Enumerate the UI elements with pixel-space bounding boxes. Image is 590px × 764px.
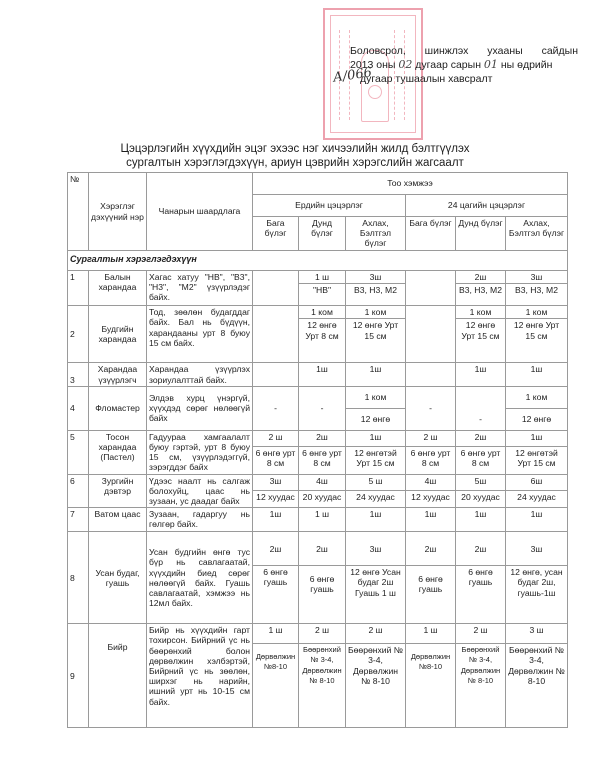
qty-cell: 2 ш: [406, 430, 456, 446]
qty-cell: 4ш: [299, 474, 346, 491]
qty-cell: [406, 271, 456, 306]
qty-cell: 2ш: [406, 532, 456, 566]
section-title: Сургалтын хэрэглэгдэхүүн: [68, 251, 568, 271]
qty-cell: 1ш: [506, 508, 568, 532]
document-title: Цэцэрлэгийн хүүхдийн эцэг эхээс нэг хичэ…: [0, 142, 590, 170]
qty-detail: 6 өнгө урт 8 см: [406, 446, 456, 474]
item-name: Ватом цаас: [89, 508, 147, 532]
qty-cell: 3ш: [506, 532, 568, 566]
qty-cell: 5 ш: [346, 474, 406, 491]
qty-detail: 12 өнгө: [506, 408, 568, 430]
table-row: 2 Будгийн харандаа Тод, зөөлөн будагддаг…: [68, 306, 568, 319]
table-row: 7 Ватом цаас Зузаан, гадаргуу нь гөлгөр …: [68, 508, 568, 532]
row-number: 7: [68, 508, 89, 532]
header-name: Хэрэглэг дэхүүний нэр: [89, 173, 147, 251]
qty-cell: [406, 306, 456, 363]
qty-cell: 4ш: [406, 474, 456, 491]
table-row: 4 Фломастер Элдэв хурц үнэргүй, хүүхдэд …: [68, 386, 568, 408]
qty-cell: 2ш: [253, 532, 299, 566]
qty-detail: 6 өнгө гуашь: [253, 566, 299, 624]
header-quantity: Тоо хэмжээ: [253, 173, 568, 195]
qty-detail: 6 өнгө урт 8 см: [253, 446, 299, 474]
qty-cell: 1ш: [346, 363, 406, 386]
qty-detail: 6 өнгө урт 8 см: [456, 446, 506, 474]
qty-detail: 12 өнгөтэй Урт 15 см: [506, 446, 568, 474]
qty-cell: 1 ш: [299, 271, 346, 284]
item-requirement: Хагас хатуу "НВ", "В3", "Н3", "М2" үзүүр…: [147, 271, 253, 306]
header-regular-small: Бага бүлэг: [253, 217, 299, 251]
qty-detail: Бөөрөнхий № 3-4, Дөрвөлжин № 8-10: [456, 644, 506, 728]
item-name: Тосон харандаа (Пастел): [89, 430, 147, 474]
header-regular-kindergarten: Ердийн цэцэрлэг: [253, 195, 406, 217]
qty-cell: 1 ком: [506, 386, 568, 408]
qty-detail: 12 өнгө Урт 15 см: [346, 319, 406, 363]
item-name: Балын харандаа: [89, 271, 147, 306]
table-row: 3 Харандаа үзүүрлэгч Харандаа үзүүрлэх з…: [68, 363, 568, 386]
qty-cell: 3 ш: [506, 624, 568, 644]
qty-cell: 2ш: [299, 532, 346, 566]
qty-cell: 2ш: [456, 430, 506, 446]
qty-cell: 1 ком: [346, 386, 406, 408]
item-name: Бийр: [89, 624, 147, 728]
row-number: 9: [68, 624, 89, 728]
qty-cell: 1 ш: [253, 624, 299, 644]
item-requirement: Бийр нь хүүхдийн гарт тохирсон. Бийрний …: [147, 624, 253, 728]
row-number: 2: [68, 306, 89, 363]
qty-cell: 1 ш: [299, 508, 346, 532]
supplies-table: № Хэрэглэг дэхүүний нэр Чанарын шаардлаг…: [67, 172, 568, 728]
header-24h-kindergarten: 24 цагийн цэцэрлэг: [406, 195, 568, 217]
decree-day-label: ны өдрийн: [498, 59, 553, 71]
table-row: 9 Бийр Бийр нь хүүхдийн гарт тохирсон. Б…: [68, 624, 568, 644]
item-name: Усан будаг, гуашь: [89, 532, 147, 624]
header-24h-small: Бага бүлэг: [406, 217, 456, 251]
qty-cell: 2ш: [456, 271, 506, 284]
qty-cell: 2 ш: [299, 624, 346, 644]
qty-cell: -: [406, 386, 456, 430]
table-row: 6 Зургийн дэвтэр Үдээс наалт нь салгаж б…: [68, 474, 568, 491]
qty-cell: 1 ш: [406, 624, 456, 644]
row-number: 8: [68, 532, 89, 624]
qty-cell: 1 ком: [456, 306, 506, 319]
handwritten-month: 02: [398, 58, 412, 71]
qty-detail: 12 хуудас: [406, 491, 456, 508]
header-regular-middle: Дунд бүлэг: [299, 217, 346, 251]
item-requirement: Усан будгийн өнгө тус бүр нь савлагаатай…: [147, 532, 253, 624]
qty-detail: 12 өнгөтэй Урт 15 см: [346, 446, 406, 474]
header-24h-middle: Дунд бүлэг: [456, 217, 506, 251]
qty-detail: 12 өнгө Урт 15 см: [506, 319, 568, 363]
qty-detail: 12 өнгө Урт 8 см: [299, 319, 346, 363]
item-name: Будгийн харандаа: [89, 306, 147, 363]
qty-detail: 6 өнгө гуашь: [456, 566, 506, 624]
qty-cell: 2 ш: [456, 624, 506, 644]
qty-cell: [253, 271, 299, 306]
item-name: Фломастер: [89, 386, 147, 430]
qty-detail: 6 өнгө гуашь: [406, 566, 456, 624]
row-number: 1: [68, 271, 89, 306]
qty-cell: 1ш: [346, 508, 406, 532]
decree-line-1: Боловсрол, шинжлэх ухааны сайдын: [350, 44, 578, 58]
qty-cell: 1ш: [456, 508, 506, 532]
qty-cell: 3ш: [346, 532, 406, 566]
header-requirement: Чанарын шаардлага: [147, 173, 253, 251]
item-name: Харандаа үзүүрлэгч: [89, 363, 147, 386]
qty-cell: 1ш: [346, 430, 406, 446]
handwritten-day: 01: [484, 58, 498, 71]
qty-cell: [406, 363, 456, 386]
qty-detail: Дөрвөлжин №8-10: [406, 644, 456, 728]
qty-detail: Бөөрөнхий № 3-4, Дөрвөлжин № 8-10: [506, 644, 568, 728]
qty-cell: 1ш: [406, 508, 456, 532]
qty-cell: -: [299, 386, 346, 430]
decree-line-3: дугаар тушаалын хавсралт: [350, 72, 578, 86]
item-requirement: Тод, зөөлөн будагддаг байх. Бал нь бүдүү…: [147, 306, 253, 363]
qty-cell: -: [253, 386, 299, 430]
qty-detail: В3, Н3, М2: [506, 284, 568, 306]
table-row: 5 Тосон харандаа (Пастел) Гадуураа хамга…: [68, 430, 568, 446]
qty-detail: "НВ": [299, 284, 346, 306]
item-requirement: Элдэв хурц үнэргүй, хүүхдэд сөрөг нөлөөг…: [147, 386, 253, 430]
title-line-2: сургалтын хэрэглэгдэхүүн, ариун цэврийн …: [0, 156, 590, 170]
qty-detail: 12 хуудас: [253, 491, 299, 508]
header-regular-senior: Ахлах, Бэлтгэл бүлэг: [346, 217, 406, 251]
qty-cell: 1 ком: [346, 306, 406, 319]
qty-detail: 24 хуудас: [346, 491, 406, 508]
qty-cell: 2 ш: [253, 430, 299, 446]
qty-cell: 5ш: [456, 474, 506, 491]
qty-cell: 1ш: [253, 508, 299, 532]
decree-line-2: 2013 оны 02 дугаар сарын 01 ны өдрийн: [350, 58, 578, 72]
header-no: №: [68, 173, 89, 251]
table-row: 1 Балын харандаа Хагас хатуу "НВ", "В3",…: [68, 271, 568, 284]
qty-detail: В3, Н3, М2: [456, 284, 506, 306]
qty-detail: В3, Н3, М2: [346, 284, 406, 306]
row-number: 3: [68, 363, 89, 386]
qty-detail: 12 өнгө: [346, 408, 406, 430]
item-requirement: Харандаа үзүүрлэх зориулалттай байх.: [147, 363, 253, 386]
qty-detail: 6 өнгө урт 8 см: [299, 446, 346, 474]
qty-cell: 1ш: [456, 363, 506, 386]
row-number: 5: [68, 430, 89, 474]
qty-cell: 1 ком: [506, 306, 568, 319]
table-row: 8 Усан будаг, гуашь Усан будгийн өнгө ту…: [68, 532, 568, 566]
qty-cell: 1ш: [299, 363, 346, 386]
title-line-1: Цэцэрлэгийн хүүхдийн эцэг эхээс нэг хичэ…: [0, 142, 590, 156]
item-requirement: Гадуураа хамгаалалт буюу гэртэй, урт 8 б…: [147, 430, 253, 474]
qty-cell: -: [456, 386, 506, 430]
qty-detail: Бөөрөнхий № 3-4, Дөрвөлжин № 8-10: [346, 644, 406, 728]
qty-cell: 3ш: [253, 474, 299, 491]
row-number: 4: [68, 386, 89, 430]
qty-cell: [253, 306, 299, 363]
item-requirement: Үдээс наалт нь салгаж болохуйц, цаас нь …: [147, 474, 253, 508]
qty-detail: 20 хуудас: [456, 491, 506, 508]
qty-cell: 3ш: [346, 271, 406, 284]
qty-detail: 12 өнгө Усан будаг 2ш Гуашь 1 ш: [346, 566, 406, 624]
qty-cell: 2 ш: [346, 624, 406, 644]
qty-detail: Дөрвөлжин №8-10: [253, 644, 299, 728]
qty-cell: 3ш: [506, 271, 568, 284]
qty-detail: 20 хуудас: [299, 491, 346, 508]
qty-detail: 12 өнгө Урт 15 см: [456, 319, 506, 363]
header-24h-senior: Ахлах, Бэлтгэл бүлэг: [506, 217, 568, 251]
qty-cell: [253, 363, 299, 386]
item-name: Зургийн дэвтэр: [89, 474, 147, 508]
qty-cell: 6ш: [506, 474, 568, 491]
qty-cell: 2ш: [456, 532, 506, 566]
qty-detail: Бөөрөнхий № 3-4, Дөрвөлжин № 8-10: [299, 644, 346, 728]
decree-month-label: дугаар сарын: [412, 59, 484, 71]
qty-cell: 1 ком: [299, 306, 346, 319]
qty-cell: 1ш: [506, 363, 568, 386]
qty-detail: 24 хуудас: [506, 491, 568, 508]
qty-cell: 1ш: [506, 430, 568, 446]
item-requirement: Зузаан, гадаргуу нь гөлгөр байх.: [147, 508, 253, 532]
qty-detail: 12 өнгө, усан будаг 2ш, гуашь-1ш: [506, 566, 568, 624]
qty-detail: 6 өнгө гуашь: [299, 566, 346, 624]
decree-note: Боловсрол, шинжлэх ухааны сайдын 2013 он…: [350, 44, 578, 86]
row-number: 6: [68, 474, 89, 508]
qty-cell: 2ш: [299, 430, 346, 446]
